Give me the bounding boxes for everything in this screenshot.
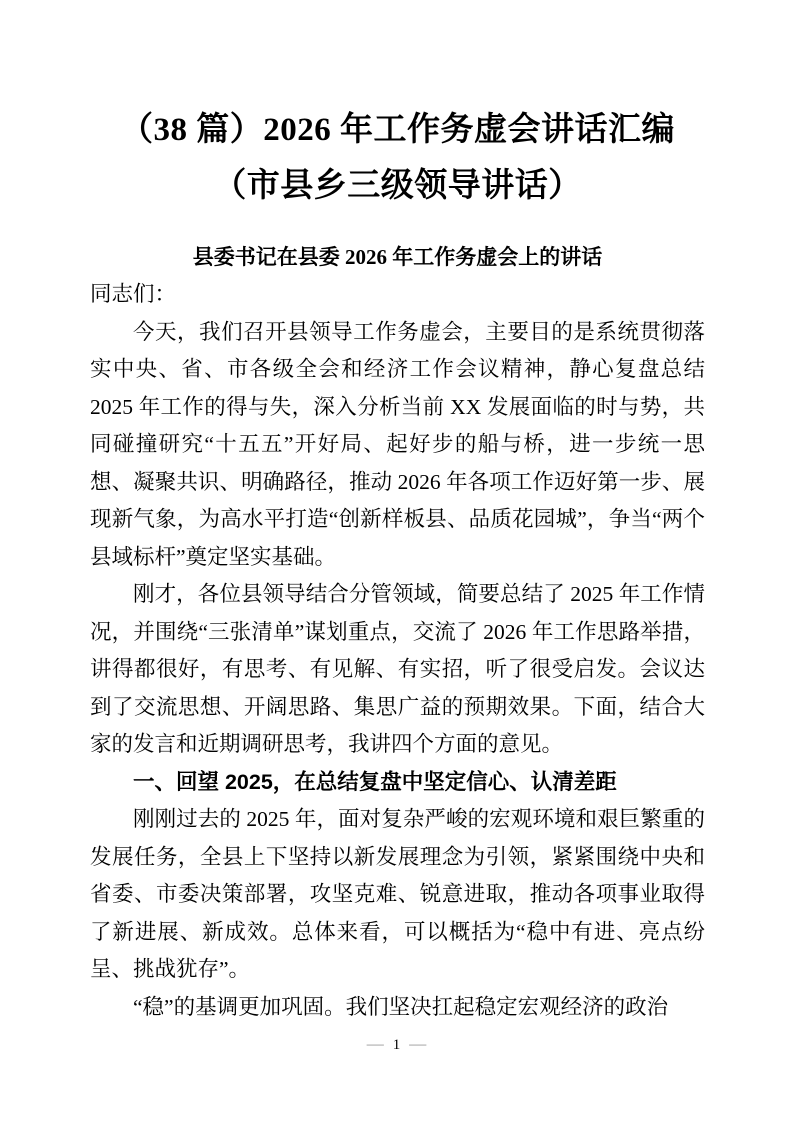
section-heading: 一、回望 2025，在总结复盘中坚定信心、认清差距 [90, 764, 705, 802]
paragraph: 今天，我们召开县领导工作务虚会，主要目的是系统贯彻落实中央、省、市各级全会和经济… [90, 314, 705, 577]
document-subtitle: 县委书记在县委 2026 年工作务虚会上的讲话 [90, 238, 705, 276]
page-footer: —1— [0, 1032, 793, 1057]
document-title: （38 篇）2026 年工作务虚会讲话汇编（市县乡三级领导讲话） [90, 102, 705, 214]
document-content: （38 篇）2026 年工作务虚会讲话汇编（市县乡三级领导讲话） 县委书记在县委… [90, 0, 705, 1026]
document-page: （38 篇）2026 年工作务虚会讲话汇编（市县乡三级领导讲话） 县委书记在县委… [0, 0, 793, 1122]
paragraph: 刚才，各位县领导结合分管领域，简要总结了 2025 年工作情况，并围绕“三张清单… [90, 576, 705, 764]
page-number: 1 [393, 1037, 401, 1053]
paragraph-partial: “稳”的基调更加巩固。我们坚决扛起稳定宏观经济的政治 [90, 989, 705, 1027]
salutation: 同志们： [90, 276, 705, 314]
footer-dash-right: — [409, 1034, 426, 1053]
footer-dash-left: — [367, 1034, 384, 1053]
paragraph: 刚刚过去的 2025 年，面对复杂严峻的宏观环境和艰巨繁重的发展任务，全县上下坚… [90, 801, 705, 989]
